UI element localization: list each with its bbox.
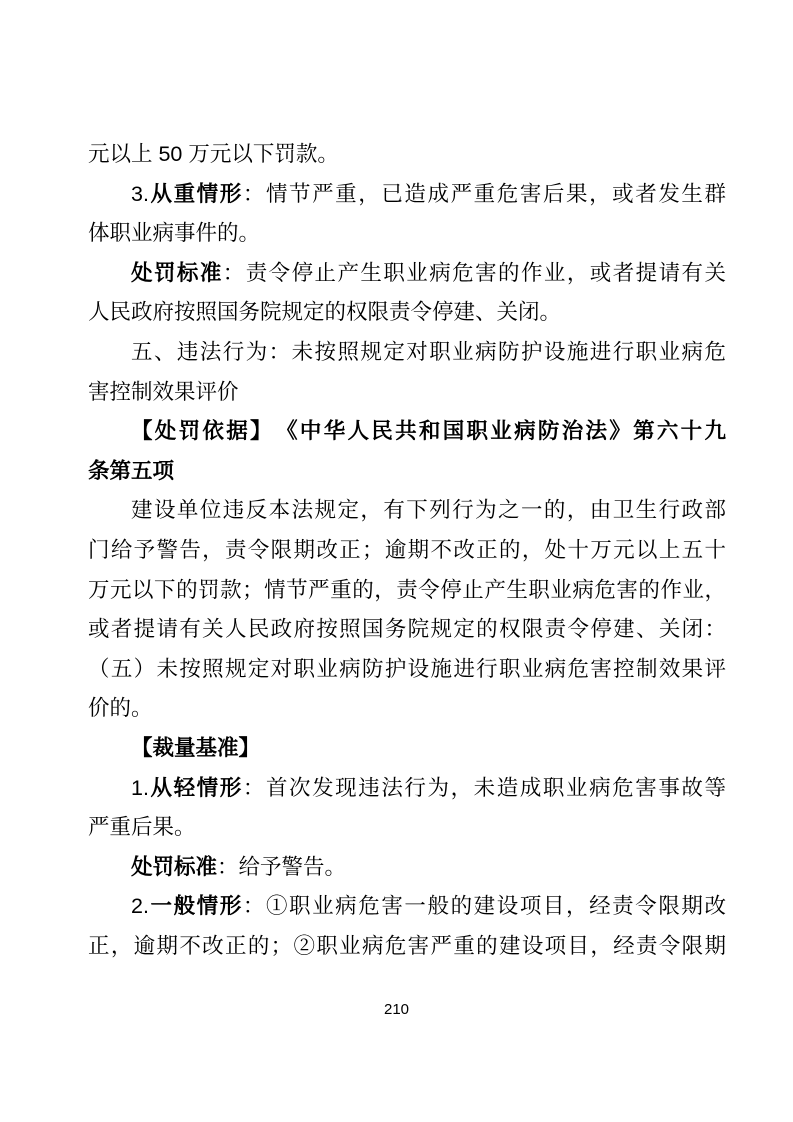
text-line-11: 门给予警告，责令限期改正；逾期不改正的，处十万元以上五十 <box>88 531 726 571</box>
text-span: 害控制效果评价 <box>88 380 239 404</box>
text-line-12: 万元以下的罚款；情节严重的，责令停止产生职业病危害的作业， <box>88 571 726 611</box>
text-span: 或者提请有关人民政府按照国务院规定的权限责令停建、关闭： <box>88 617 726 641</box>
text-line-15: 价的。 <box>88 689 726 729</box>
text-span: 建设单位违反本法规定，有下列行为之一的，由卫生行政部 <box>131 498 726 522</box>
text-span: ：情节严重，已造成严重危害后果，或者发生群 <box>243 182 726 206</box>
text-span: ：①职业病危害一般的建设项目，经责令限期改 <box>243 894 726 918</box>
text-span: 3. <box>131 182 149 206</box>
bold-text-span: 从轻情形 <box>149 776 243 800</box>
text-span: 体职业病事件的。 <box>88 221 260 245</box>
text-span: 元以上 50 万元以下罚款。 <box>88 142 339 166</box>
bold-text-span: 【裁量基准】 <box>131 736 260 760</box>
text-span: ：首次发现违法行为，未造成职业病危害事故等 <box>243 776 726 800</box>
text-line-10: 建设单位违反本法规定，有下列行为之一的，由卫生行政部 <box>88 491 726 531</box>
text-line-14: （五）未按照规定对职业病防护设施进行职业病危害控制效果评 <box>88 650 726 690</box>
bold-text-span: 处罚标准 <box>131 261 223 285</box>
text-line-6: 五、违法行为：未按照规定对职业病防护设施进行职业病危 <box>88 333 726 373</box>
bold-text-span: 一般情形 <box>149 894 243 918</box>
text-line-2: 3.从重情形：情节严重，已造成严重危害后果，或者发生群 <box>88 175 726 215</box>
document-text-block: 元以上 50 万元以下罚款。3.从重情形：情节严重，已造成严重危害后果，或者发生… <box>88 135 726 966</box>
text-span: 正，逾期不改正的；②职业病危害严重的建设项目，经责令限期 <box>88 934 726 958</box>
text-line-19: 处罚标准：给予警告。 <box>88 848 726 888</box>
bold-text-span: 【处罚依据】 《中华人民共和国职业病防治法》第六十九 <box>131 419 726 443</box>
text-line-3: 体职业病事件的。 <box>88 214 726 254</box>
text-span: 价的。 <box>88 696 153 720</box>
text-line-16: 【裁量基准】 <box>88 729 726 769</box>
text-line-9: 条第五项 <box>88 452 726 492</box>
text-line-18: 严重后果。 <box>88 808 726 848</box>
text-span: 人民政府按照国务院规定的权限责令停建、关闭。 <box>88 300 561 324</box>
text-line-21: 正，逾期不改正的；②职业病危害严重的建设项目，经责令限期 <box>88 927 726 967</box>
bold-text-span: 从重情形 <box>149 182 243 206</box>
page-number: 210 <box>0 1001 793 1019</box>
text-line-17: 1.从轻情形：首次发现违法行为，未造成职业病危害事故等 <box>88 769 726 809</box>
bold-text-span: 处罚标准 <box>131 855 217 879</box>
text-span: 2. <box>131 894 149 918</box>
text-span: 严重后果。 <box>88 815 196 839</box>
document-page: 元以上 50 万元以下罚款。3.从重情形：情节严重，已造成严重危害后果，或者发生… <box>0 0 793 1122</box>
text-span: 门给予警告，责令限期改正；逾期不改正的，处十万元以上五十 <box>88 538 726 562</box>
text-line-5: 人民政府按照国务院规定的权限责令停建、关闭。 <box>88 293 726 333</box>
text-span: 1. <box>131 776 149 800</box>
text-span: ：给予警告。 <box>217 855 346 879</box>
text-line-13: 或者提请有关人民政府按照国务院规定的权限责令停建、关闭： <box>88 610 726 650</box>
text-line-7: 害控制效果评价 <box>88 373 726 413</box>
text-span: 万元以下的罚款；情节严重的，责令停止产生职业病危害的作业， <box>88 578 726 602</box>
text-line-8: 【处罚依据】 《中华人民共和国职业病防治法》第六十九 <box>88 412 726 452</box>
text-span: （五）未按照规定对职业病防护设施进行职业病危害控制效果评 <box>88 657 726 681</box>
text-span: 五、违法行为：未按照规定对职业病防护设施进行职业病危 <box>131 340 726 364</box>
text-line-4: 处罚标准：责令停止产生职业病危害的作业，或者提请有关 <box>88 254 726 294</box>
text-line-1: 元以上 50 万元以下罚款。 <box>88 135 726 175</box>
bold-text-span: 条第五项 <box>88 459 174 483</box>
text-span: ：责令停止产生职业病危害的作业，或者提请有关 <box>223 261 726 285</box>
text-line-20: 2.一般情形：①职业病危害一般的建设项目，经责令限期改 <box>88 887 726 927</box>
